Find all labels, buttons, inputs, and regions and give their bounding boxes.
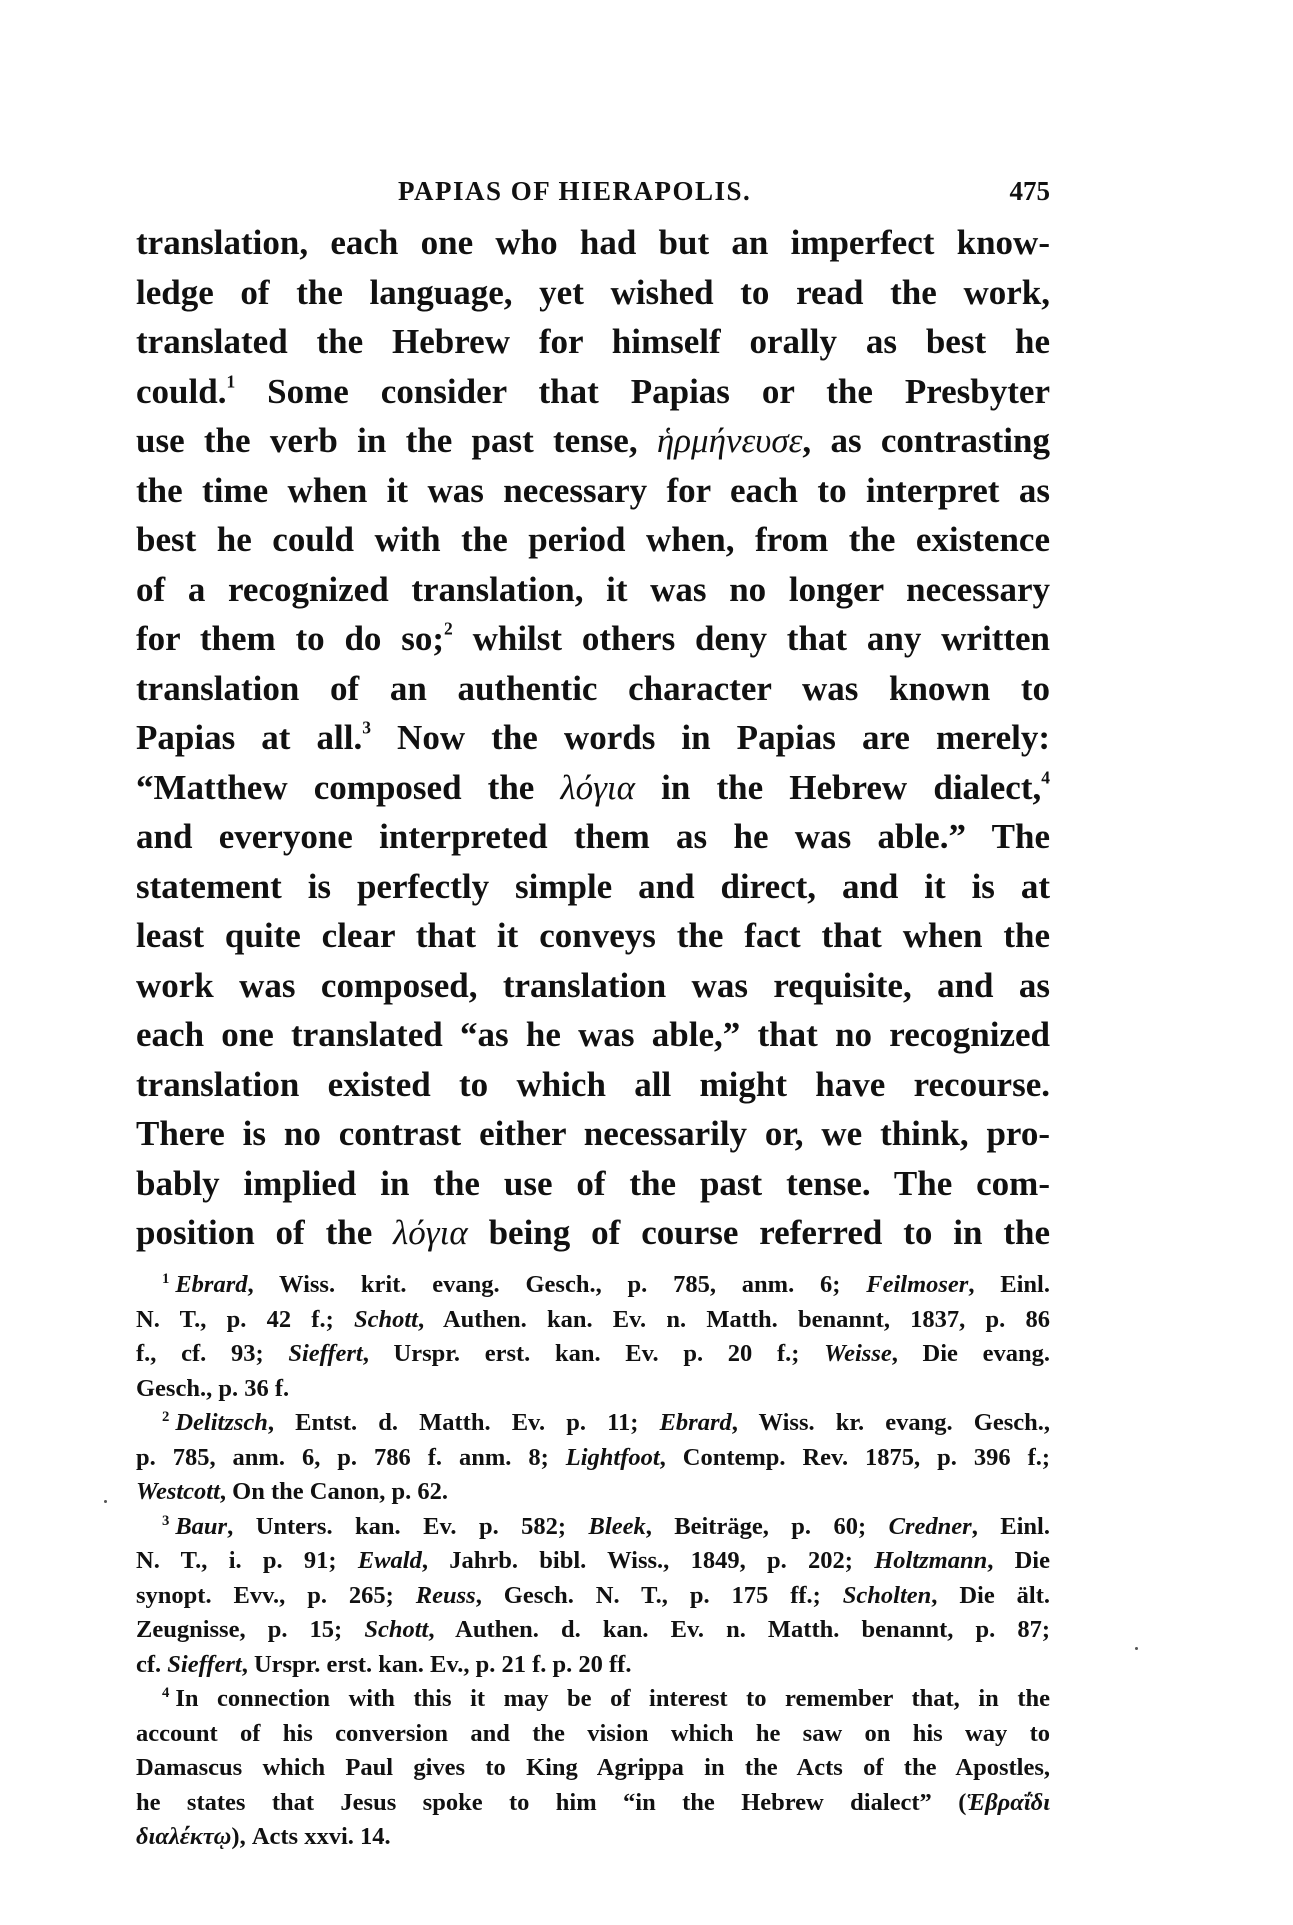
footnote-number: 2 [162, 1409, 169, 1425]
text-line: each one translated “as he was able,” th… [136, 1010, 1050, 1060]
greek-phrase: διαλέκτῳ [136, 1823, 231, 1850]
text-segment: Some consider that Papias or the Presbyt… [235, 372, 1050, 411]
footnote-line: cf. Sieffert, Urspr. erst. kan. Ev., p. … [136, 1648, 1050, 1683]
author-name: Weisse [824, 1340, 892, 1367]
author-name: Schott [354, 1306, 418, 1333]
footnotes: 1Ebrard, Wiss. krit. evang. Gesch., p. 7… [136, 1268, 1050, 1855]
citation-text: , Entst. d. Matth. Ev. p. 11; [268, 1409, 660, 1436]
footnote-line: N. T., p. 42 f.; Schott, Authen. kan. Ev… [136, 1303, 1050, 1338]
footnote-number: 3 [162, 1513, 169, 1529]
main-text: translation, each one who had but an imp… [136, 218, 1050, 1258]
text-segment: Now the words in Papias are merely: [371, 718, 1050, 757]
footnote-3: 3Baur, Unters. kan. Ev. p. 582; Bleek, B… [136, 1510, 1050, 1683]
citation-text: , Einl. [972, 1513, 1050, 1540]
citation-text: , Contemp. Rev. 1875, p. 396 f.; [660, 1444, 1050, 1471]
text-line: bably implied in the use of the past ten… [136, 1159, 1050, 1209]
text-line: statement is perfectly simple and direct… [136, 862, 1050, 912]
footnote-line: p. 785, anm. 6, p. 786 f. anm. 8; Lightf… [136, 1441, 1050, 1476]
text-segment: whilst others deny that any written [453, 619, 1050, 658]
text-line: There is no contrast either necessarily … [136, 1109, 1050, 1159]
text-segment: “Matthew composed the [136, 768, 560, 807]
citation-text: Gesch., p. 36 f. [136, 1375, 289, 1402]
text-segment: being of course referred to in the [468, 1213, 1050, 1252]
text-line: ledge of the language, yet wished to rea… [136, 268, 1050, 318]
text-line: Papias at all.3 Now the words in Papias … [136, 713, 1050, 763]
text-segment: for them to do so; [136, 619, 444, 658]
text-segment: could. [136, 372, 226, 411]
running-header: PAPIAS OF HIERAPOLIS. 475 [136, 176, 1050, 210]
footnote-ref-2[interactable]: 2 [444, 618, 453, 638]
text-line: best he could with the period when, from… [136, 515, 1050, 565]
footnote-line: synopt. Evv., p. 265; Reuss, Gesch. N. T… [136, 1579, 1050, 1614]
footnote-line: 4In connection with this it may be of in… [136, 1682, 1050, 1717]
text-segment: in the Hebrew dialect, [635, 768, 1041, 807]
text-line: and everyone interpreted them as he was … [136, 812, 1050, 862]
book-page: PAPIAS OF HIERAPOLIS. 475 translation, e… [0, 0, 1293, 1925]
citation-text: In connection with this it may be of int… [175, 1685, 1050, 1712]
footnote-ref-4[interactable]: 4 [1041, 767, 1050, 787]
author-name: Sieffert [167, 1651, 241, 1678]
text-line: use the verb in the past tense, ἡρμήνευσ… [136, 416, 1050, 466]
footnote-ref-3[interactable]: 3 [362, 717, 371, 737]
citation-text: , Gesch. N. T., p. 175 ff.; [476, 1582, 843, 1609]
text-segment: , as contrasting [802, 421, 1050, 460]
author-name: Ebrard [175, 1271, 247, 1298]
author-name: Delitzsch [175, 1409, 268, 1436]
text-segment: Papias at all. [136, 718, 362, 757]
author-name: Holtzmann [874, 1547, 987, 1574]
citation-text: N. T., p. 42 f.; [136, 1306, 354, 1333]
citation-text: , Urspr. erst. kan. Ev., p. 21 f. p. 20 … [242, 1651, 632, 1678]
text-line: the time when it was necessary for each … [136, 466, 1050, 516]
greek-word: λόγια [393, 1213, 468, 1252]
author-name: Schott [364, 1616, 428, 1643]
author-name: Ewald [358, 1547, 422, 1574]
author-name: Sieffert [288, 1340, 362, 1367]
citation-text: , Die [987, 1547, 1050, 1574]
citation-text: p. 785, anm. 6, p. 786 f. anm. 8; [136, 1444, 566, 1471]
footnote-line: Damascus which Paul gives to King Agripp… [136, 1751, 1050, 1786]
footnote-number: 1 [162, 1271, 169, 1287]
text-line: “Matthew composed the λόγια in the Hebre… [136, 763, 1050, 813]
greek-word: λόγια [560, 768, 635, 807]
footnote-2: 2Delitzsch, Entst. d. Matth. Ev. p. 11; … [136, 1406, 1050, 1510]
author-name: Ebrard [660, 1409, 732, 1436]
text-segment: use the verb in the past tense, [136, 421, 657, 460]
text-line: could.1 Some consider that Papias or the… [136, 367, 1050, 417]
citation-text: , Einl. [968, 1271, 1050, 1298]
author-name: Feilmoser [866, 1271, 968, 1298]
author-name: Lightfoot [566, 1444, 660, 1471]
page-number: 475 [1010, 176, 1051, 207]
print-speck [104, 1500, 107, 1503]
citation-text: , Jahrb. bibl. Wiss., 1849, p. 202; [422, 1547, 874, 1574]
citation-text: N. T., i. p. 91; [136, 1547, 358, 1574]
footnote-number: 4 [162, 1685, 169, 1701]
text-line: translation existed to which all might h… [136, 1060, 1050, 1110]
footnote-line: διαλέκτῳ), Acts xxvi. 14. [136, 1820, 1050, 1855]
citation-text: , Urspr. erst. kan. Ev. p. 20 f.; [363, 1340, 824, 1367]
footnote-line: f., cf. 93; Sieffert, Urspr. erst. kan. … [136, 1337, 1050, 1372]
citation-text: , Wiss. krit. evang. Gesch., p. 785, anm… [248, 1271, 867, 1298]
citation-text: synopt. Evv., p. 265; [136, 1582, 416, 1609]
citation-text: , Wiss. kr. evang. Gesch., [732, 1409, 1050, 1436]
footnote-line: N. T., i. p. 91; Ewald, Jahrb. bibl. Wis… [136, 1544, 1050, 1579]
footnote-line: Westcott, On the Canon, p. 62. [136, 1475, 1050, 1510]
citation-text: , On the Canon, p. 62. [220, 1478, 448, 1505]
greek-phrase: Ἑβραΐδι [966, 1789, 1050, 1816]
footnote-line: 1Ebrard, Wiss. krit. evang. Gesch., p. 7… [136, 1268, 1050, 1303]
text-line: translation, each one who had but an imp… [136, 218, 1050, 268]
author-name: Westcott [136, 1478, 220, 1505]
text-line: for them to do so;2 whilst others deny t… [136, 614, 1050, 664]
author-name: Bleek [589, 1513, 646, 1540]
text-line: least quite clear that it conveys the fa… [136, 911, 1050, 961]
citation-text: , Die ält. [931, 1582, 1050, 1609]
citation-text: , Beiträge, p. 60; [646, 1513, 889, 1540]
text-line: translation of an authentic character wa… [136, 664, 1050, 714]
text-line: work was composed, translation was requi… [136, 961, 1050, 1011]
footnote-line: Zeugnisse, p. 15; Schott, Authen. d. kan… [136, 1613, 1050, 1648]
citation-text: ), Acts xxvi. 14. [231, 1823, 390, 1850]
footnote-line: he states that Jesus spoke to him “in th… [136, 1786, 1050, 1821]
footnote-1: 1Ebrard, Wiss. krit. evang. Gesch., p. 7… [136, 1268, 1050, 1406]
citation-text: Zeugnisse, p. 15; [136, 1616, 364, 1643]
footnote-line: account of his conversion and the vision… [136, 1717, 1050, 1752]
footnote-line: 2Delitzsch, Entst. d. Matth. Ev. p. 11; … [136, 1406, 1050, 1441]
greek-word: ἡρμήνευσε [657, 421, 803, 460]
citation-text: , Authen. kan. Ev. n. Matth. benannt, 18… [418, 1306, 1050, 1333]
author-name: Scholten [843, 1582, 932, 1609]
citation-text: cf. [136, 1651, 167, 1678]
citation-text: , Unters. kan. Ev. p. 582; [227, 1513, 588, 1540]
running-title: PAPIAS OF HIERAPOLIS. [398, 176, 751, 207]
footnote-line: 3Baur, Unters. kan. Ev. p. 582; Bleek, B… [136, 1510, 1050, 1545]
footnote-ref-1[interactable]: 1 [226, 371, 235, 391]
author-name: Credner [889, 1513, 972, 1540]
citation-text: he states that Jesus spoke to him “in th… [136, 1789, 966, 1816]
text-line: translated the Hebrew for himself orally… [136, 317, 1050, 367]
citation-text: , Die evang. [892, 1340, 1050, 1367]
footnote-4: 4In connection with this it may be of in… [136, 1682, 1050, 1855]
author-name: Baur [175, 1513, 227, 1540]
author-name: Reuss [416, 1582, 476, 1609]
citation-text: f., cf. 93; [136, 1340, 288, 1367]
text-segment: position of the [136, 1213, 393, 1252]
text-line: position of the λόγια being of course re… [136, 1208, 1050, 1258]
text-line: of a recognized translation, it was no l… [136, 565, 1050, 615]
citation-text: , Authen. d. kan. Ev. n. Matth. benannt,… [428, 1616, 1050, 1643]
footnote-line: Gesch., p. 36 f. [136, 1372, 1050, 1407]
print-speck [1135, 1647, 1138, 1650]
